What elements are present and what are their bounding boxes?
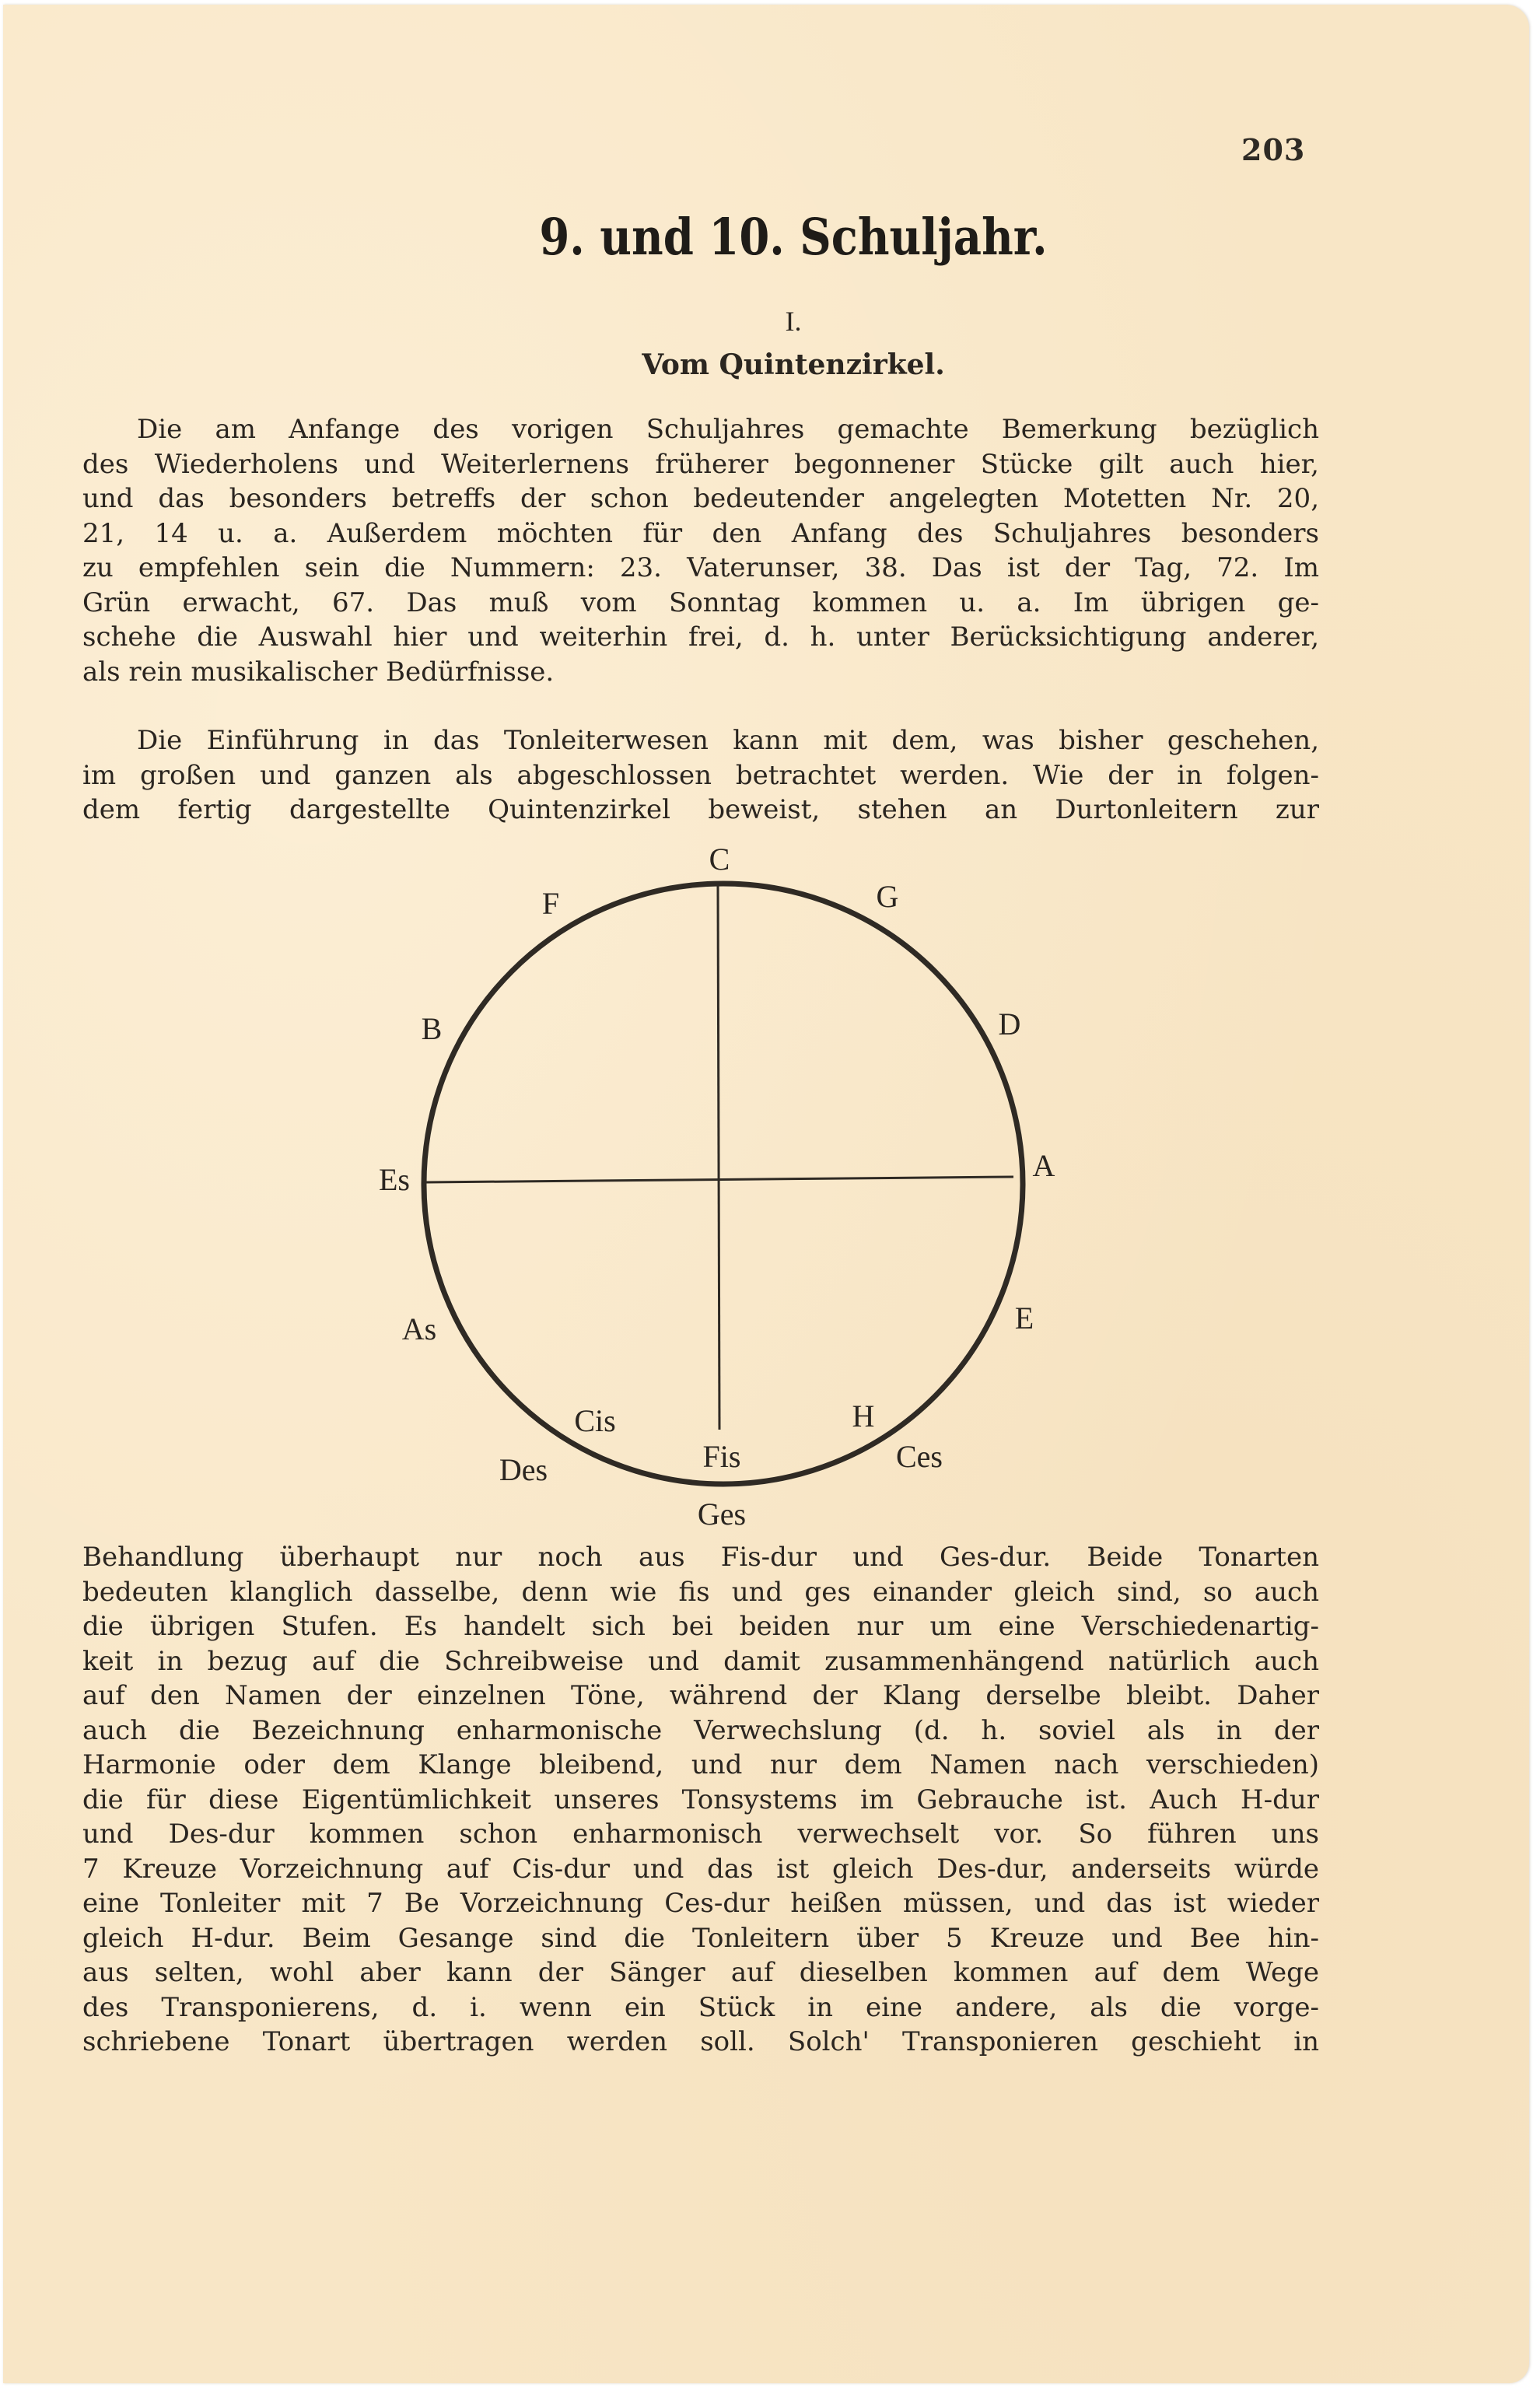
text-line: des Wiederholens und Weiterlernens frühe… bbox=[82, 447, 1319, 482]
text-line: schehe die Auswahl hier und weiterhin fr… bbox=[82, 620, 1319, 655]
text-line: auf den Namen der einzelnen Töne, währen… bbox=[82, 1679, 1319, 1714]
text-line: eine Tonleiter mit 7 Be Vorzeichnung Ces… bbox=[82, 1886, 1319, 1921]
text-line: im großen und ganzen als abgeschlossen b… bbox=[82, 758, 1319, 793]
paragraph-2: Die Einführung in das Tonleiterwesen kan… bbox=[82, 723, 1319, 828]
text-line: die für diese Eigentümlichkeit unseres T… bbox=[82, 1783, 1319, 1818]
paragraph-3: Behandlung überhaupt nur noch aus Fis-du… bbox=[82, 1540, 1319, 2060]
text-line: zu empfehlen sein die Nummern: 23. Vater… bbox=[82, 551, 1319, 586]
text-line: Grün erwacht, 67. Das muß vom Sonntag ko… bbox=[82, 586, 1319, 621]
text-line: 7 Kreuze Vorzeichnung auf Cis-dur und da… bbox=[82, 1852, 1319, 1887]
text-line: Die Einführung in das Tonleiterwesen kan… bbox=[82, 723, 1319, 758]
text-line: 21, 14 u. a. Außerdem möchten für den An… bbox=[82, 516, 1319, 551]
text-line: des Transponierens, d. i. wenn ein Stück… bbox=[82, 1990, 1319, 2025]
text-line: als rein musikalischer Bedürfnisse. bbox=[82, 655, 1319, 690]
paragraph-1: Die am Anfange des vorigen Schuljahres g… bbox=[82, 412, 1319, 689]
text-line: bedeuten klanglich dasselbe, denn wie fi… bbox=[82, 1575, 1319, 1610]
text-line: gleich H-dur. Beim Gesange sind die Tonl… bbox=[82, 1921, 1319, 1956]
text-line: die übrigen Stufen. Es handelt sich bei … bbox=[82, 1609, 1319, 1644]
section-title: Vom Quintenzirkel. bbox=[0, 348, 1540, 381]
text-line: dem fertig dargestellte Quintenzirkel be… bbox=[82, 793, 1319, 828]
text-line: schriebene Tonart übertragen werden soll… bbox=[82, 2025, 1319, 2060]
text-line: keit in bezug auf die Schreibweise und d… bbox=[82, 1644, 1319, 1679]
text-line: Behandlung überhaupt nur noch aus Fis-du… bbox=[82, 1540, 1319, 1575]
text-line: Harmonie oder dem Klange bleibend, und n… bbox=[82, 1748, 1319, 1783]
text-line: und das besonders betreffs der schon bed… bbox=[82, 481, 1319, 516]
text-line: aus selten, wohl aber kann der Sänger au… bbox=[82, 1955, 1319, 1990]
text-line: und Des-dur kommen schon enharmonisch ve… bbox=[82, 1817, 1319, 1852]
text-line: auch die Bezeichnung enharmonische Verwe… bbox=[82, 1714, 1319, 1749]
section-number: I. bbox=[0, 305, 1540, 338]
text-line: Die am Anfange des vorigen Schuljahres g… bbox=[82, 412, 1319, 447]
chapter-title: 9. und 10. Schuljahr. bbox=[0, 208, 1540, 267]
page-number: 203 bbox=[1241, 132, 1305, 167]
